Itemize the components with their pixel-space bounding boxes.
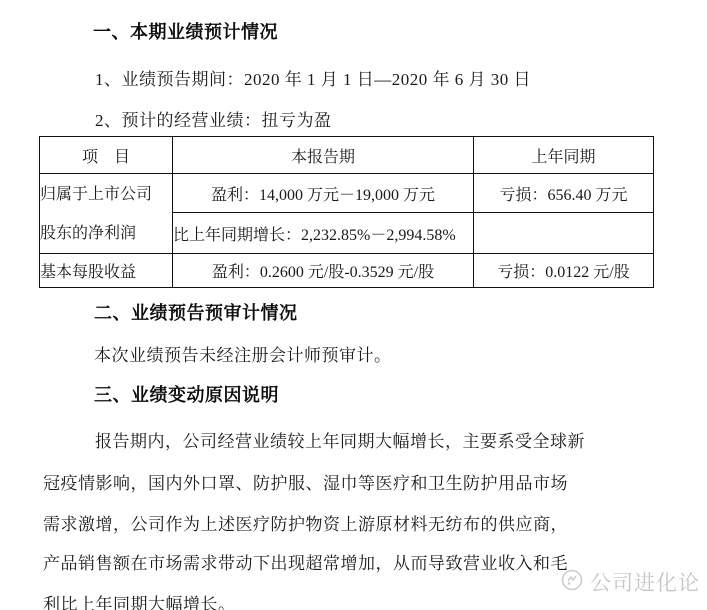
net-profit-item-line2: 股东的净利润 [40, 214, 172, 253]
header-current-period: 本报告期 [173, 137, 474, 174]
watermark: 公司进化论 [560, 567, 700, 597]
pre-audit-statement: 本次业绩预告未经注册会计师预审计。 [94, 341, 392, 366]
table-row: 基本每股收益 盈利：0.2600 元/股-0.3529 元/股 亏损：0.012… [40, 254, 654, 288]
performance-forecast-table: 项 目 本报告期 上年同期 归属于上市公司 股东的净利润 盈利：14,000 万… [39, 136, 654, 288]
net-profit-item-line1: 归属于上市公司 [40, 175, 172, 214]
reason-paragraph-line-5: 利比上年同期大幅增长。 [43, 590, 236, 610]
eps-prior-cell: 亏损：0.0122 元/股 [474, 254, 654, 288]
reason-paragraph-line-2: 冠疫情影响，国内外口罩、防护服、湿巾等医疗和卫生防护用品市场 [43, 469, 568, 494]
forecast-period-line: 1、业绩预告期间：2020 年 1 月 1 日—2020 年 6 月 30 日 [95, 65, 531, 90]
table-header-row: 项 目 本报告期 上年同期 [40, 137, 654, 174]
net-profit-prior-cell: 亏损：656.40 万元 [474, 174, 654, 213]
eps-item-cell: 基本每股收益 [40, 254, 173, 288]
reason-paragraph-line-3: 需求激增，公司作为上述医疗防护物资上游原材料无纺布的供应商， [43, 510, 568, 535]
header-prior-period: 上年同期 [474, 137, 654, 174]
section2-heading: 二、业绩预告预审计情况 [94, 299, 298, 325]
reason-paragraph-line-1: 报告期内，公司经营业绩较上年同期大幅增长，主要系受全球新 [95, 427, 585, 452]
reason-paragraph-line-4: 产品销售额在市场需求带动下出现超常增加，从而导致营业收入和毛 [43, 549, 568, 574]
net-profit-growth-prior-cell [474, 213, 654, 254]
net-profit-item-cell: 归属于上市公司 股东的净利润 [40, 174, 173, 254]
watermark-label: 公司进化论 [590, 567, 700, 597]
header-item: 项 目 [40, 137, 173, 174]
table-row: 归属于上市公司 股东的净利润 盈利：14,000 万元－19,000 万元 亏损… [40, 174, 654, 213]
section1-heading: 一、本期业绩预计情况 [93, 18, 278, 44]
net-profit-growth-cell: 比上年同期增长：2,232.85%－2,994.58% [173, 213, 474, 254]
announcement-document-page: 一、本期业绩预计情况 1、业绩预告期间：2020 年 1 月 1 日—2020 … [0, 0, 707, 610]
section3-heading: 三、业绩变动原因说明 [94, 381, 279, 407]
eps-current-cell: 盈利：0.2600 元/股-0.3529 元/股 [173, 254, 474, 288]
expected-result-line: 2、预计的经营业绩：扭亏为盈 [95, 106, 332, 131]
evolution-badge-icon [560, 568, 584, 597]
net-profit-current-cell: 盈利：14,000 万元－19,000 万元 [173, 174, 474, 213]
